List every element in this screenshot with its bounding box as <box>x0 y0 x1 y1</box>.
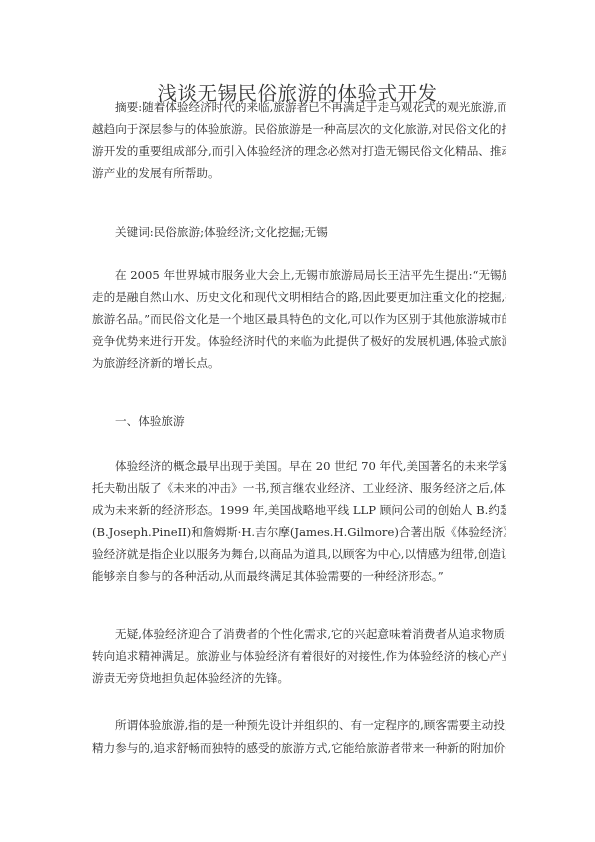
section-heading: 一、体验旅游 <box>115 414 506 428</box>
paragraph-line: 精力参与的,追求舒畅而独特的感受的旅游方式,它能给旅游者带来一种新的附加价值。相… <box>92 741 506 755</box>
paragraph-line: 体验经济的概念最早出现于美国。早在 20 世纪 70 年代,美国著名的未来学家阿… <box>115 459 506 473</box>
intro-line: 走的是融自然山水、历史文化和现代文明相结合的路,因此要更加注重文化的挖掘,打造文… <box>92 290 506 304</box>
abstract-line: 游产业的发展有所帮助。 <box>92 166 506 180</box>
intro-line: 为旅游经济新的增长点。 <box>92 356 506 370</box>
keywords: 关键词:民俗旅游;体验经济;文化挖掘;无锡 <box>115 225 506 239</box>
paragraph-line: 能够亲自参与的各种活动,从而最终满足其体验需要的一种经济形态。” <box>92 569 506 583</box>
document-page: 浅谈无锡民俗旅游的体验式开发 摘要:随着体验经济时代的来临,旅游者已不再满足于走… <box>0 0 595 842</box>
paragraph-line: 验经济就是指企业以服务为舞台,以商品为道具,以顾客为中心,以情感为纽带,创造让消… <box>92 547 506 561</box>
paragraph-line: 成为未来新的经济形态。1999 年,美国战略地平线 LLP 顾问公司的创始人 B… <box>92 503 506 517</box>
intro-line: 旅游名品。”而民俗文化是一个地区最具特色的文化,可以作为区别于其他旅游城市的差异… <box>92 312 506 326</box>
paragraph-line: (B.Joseph.PineII)和詹姆斯·H.吉尔摩(James.H.Gilm… <box>92 525 506 539</box>
paragraph-line: 转向追求精神满足。旅游业与体验经济有着很好的对接性,作为体验经济的核心产业,体验… <box>92 649 506 663</box>
abstract-line: 游开发的重要组成部分,而引入体验经济的理念必然对打造无锡民俗文化精品、推动无锡旅 <box>92 144 506 158</box>
abstract-line: 摘要:随着体验经济时代的来临,旅游者已不再满足于走马观花式的观光旅游,而是越来 <box>115 100 506 114</box>
intro-line: 竞争优势来进行开发。体验经济时代的来临为此提供了极好的发展机遇,体验式旅游逐渐成 <box>92 334 506 348</box>
abstract-line: 越趋向于深层参与的体验旅游。民俗旅游是一种高层次的文化旅游,对民俗文化的挖掘是旅 <box>92 122 506 136</box>
intro-line: 在 2005 年世界城市服务业大会上,无锡市旅游局局长王洁平先生提出:“无锡旅游… <box>115 268 506 282</box>
paragraph-line: 游责无旁贷地担负起体验经济的先锋。 <box>92 671 506 685</box>
paragraph-line: 托夫勒出版了《未来的冲击》一书,预言继农业经济、工业经济、服务经济之后,体验经济… <box>92 481 506 495</box>
paragraph-line: 所谓体验旅游,指的是一种预先设计并组织的、有一定程序的,顾客需要主动投入时间和 <box>115 718 506 732</box>
paragraph-line: 无疑,体验经济迎合了消费者的个性化需求,它的兴起意味着消费者从追求物质满足逐渐 <box>115 627 506 641</box>
